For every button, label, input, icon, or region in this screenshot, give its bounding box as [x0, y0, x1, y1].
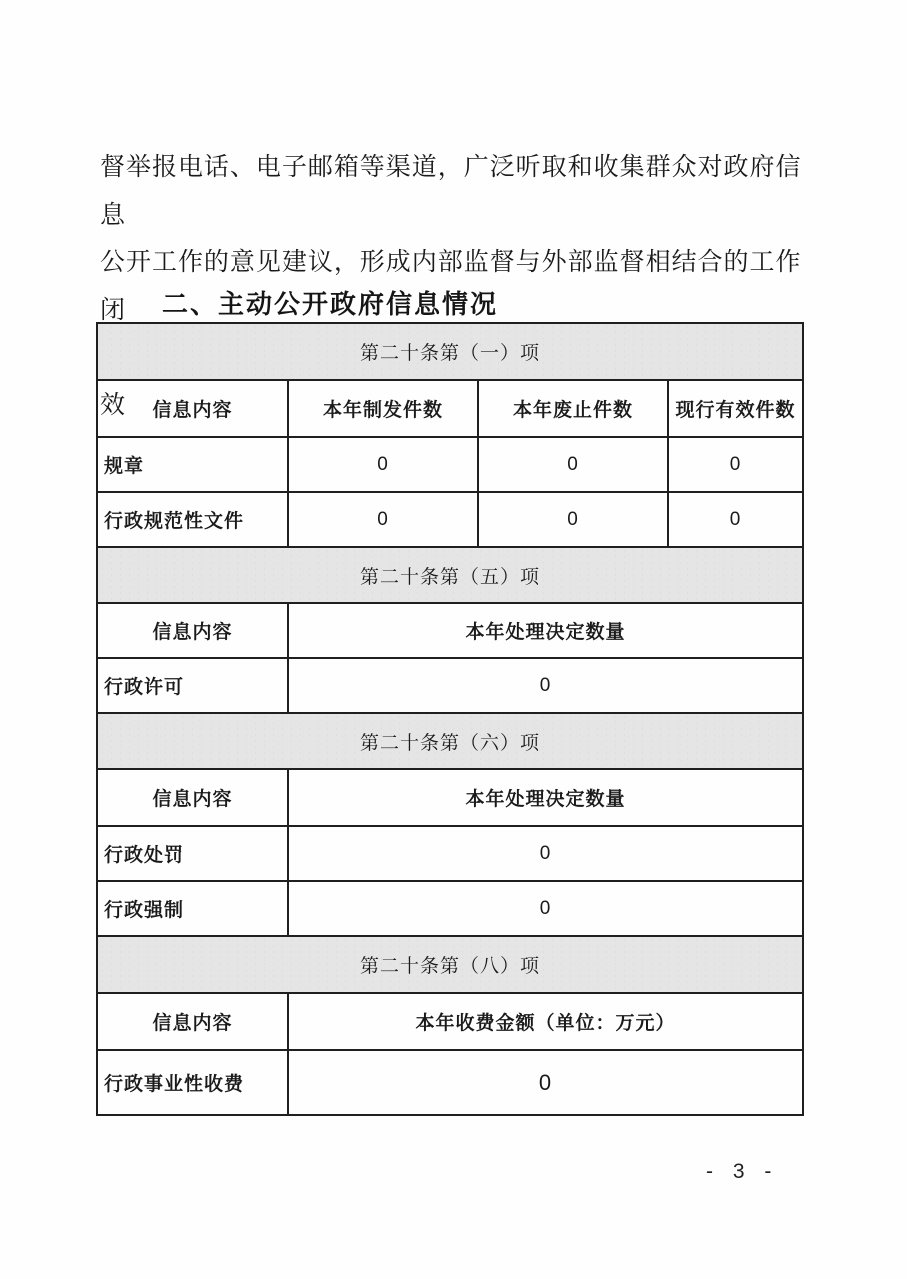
table-row: 规章 0 0 0	[97, 437, 803, 492]
row-label-cell: 规章	[97, 437, 288, 492]
column-header-row: 信息内容 本年处理决定数量	[97, 603, 803, 658]
column-header-row: 信息内容 本年处理决定数量	[97, 769, 803, 826]
section-title-cell: 第二十条第（一）项	[97, 323, 803, 380]
page-number: - 3 -	[706, 1160, 775, 1184]
value-cell: 0	[288, 437, 478, 492]
column-header-cell: 信息内容	[97, 603, 288, 658]
value-cell: 0	[478, 492, 668, 547]
section-title-row: 第二十条第（六）项	[97, 713, 803, 769]
value-cell: 0	[288, 881, 803, 936]
column-header-row: 信息内容 本年制发件数 本年废止件数 现行有效件数	[97, 380, 803, 437]
section-title-cell: 第二十条第（五）项	[97, 547, 803, 603]
column-header-cell: 信息内容	[97, 380, 288, 437]
value-cell: 0	[478, 437, 668, 492]
table-row: 行政强制 0	[97, 881, 803, 936]
section-title-cell: 第二十条第（八）项	[97, 936, 803, 993]
section-title-cell: 第二十条第（六）项	[97, 713, 803, 769]
value-cell: 0	[288, 658, 803, 713]
document-page: 督举报电话、电子邮箱等渠道，广泛听取和收集群众对政府信息 公开工作的意见建议，形…	[0, 0, 907, 1279]
value-cell: 0	[668, 492, 803, 547]
section-title-row: 第二十条第（一）项	[97, 323, 803, 380]
value-cell: 0	[288, 826, 803, 881]
disclosure-table: 第二十条第（一）项 信息内容 本年制发件数 本年废止件数 现行有效件数 规章 0…	[96, 322, 804, 1116]
row-label-cell: 行政规范性文件	[97, 492, 288, 547]
column-header-cell: 信息内容	[97, 769, 288, 826]
table-row: 行政事业性收费 0	[97, 1050, 803, 1115]
column-header-cell: 现行有效件数	[668, 380, 803, 437]
column-header-cell: 本年废止件数	[478, 380, 668, 437]
column-header-cell: 本年制发件数	[288, 380, 478, 437]
paragraph-line-1: 督举报电话、电子邮箱等渠道，广泛听取和收集群众对政府信息	[100, 144, 801, 239]
value-cell: 0	[288, 492, 478, 547]
section-title-row: 第二十条第（八）项	[97, 936, 803, 993]
column-header-cell: 本年处理决定数量	[288, 603, 803, 658]
section-title-row: 第二十条第（五）项	[97, 547, 803, 603]
row-label-cell: 行政许可	[97, 658, 288, 713]
value-cell: 0	[668, 437, 803, 492]
value-cell: 0	[288, 1050, 803, 1115]
table-row: 行政规范性文件 0 0 0	[97, 492, 803, 547]
column-header-cell: 本年收费金额（单位：万元）	[288, 993, 803, 1050]
column-header-cell: 本年处理决定数量	[288, 769, 803, 826]
row-label-cell: 行政处罚	[97, 826, 288, 881]
column-header-row: 信息内容 本年收费金额（单位：万元）	[97, 993, 803, 1050]
table-row: 行政许可 0	[97, 658, 803, 713]
section-heading: 二、主动公开政府信息情况	[162, 284, 498, 321]
table-row: 行政处罚 0	[97, 826, 803, 881]
column-header-cell: 信息内容	[97, 993, 288, 1050]
row-label-cell: 行政事业性收费	[97, 1050, 288, 1115]
row-label-cell: 行政强制	[97, 881, 288, 936]
